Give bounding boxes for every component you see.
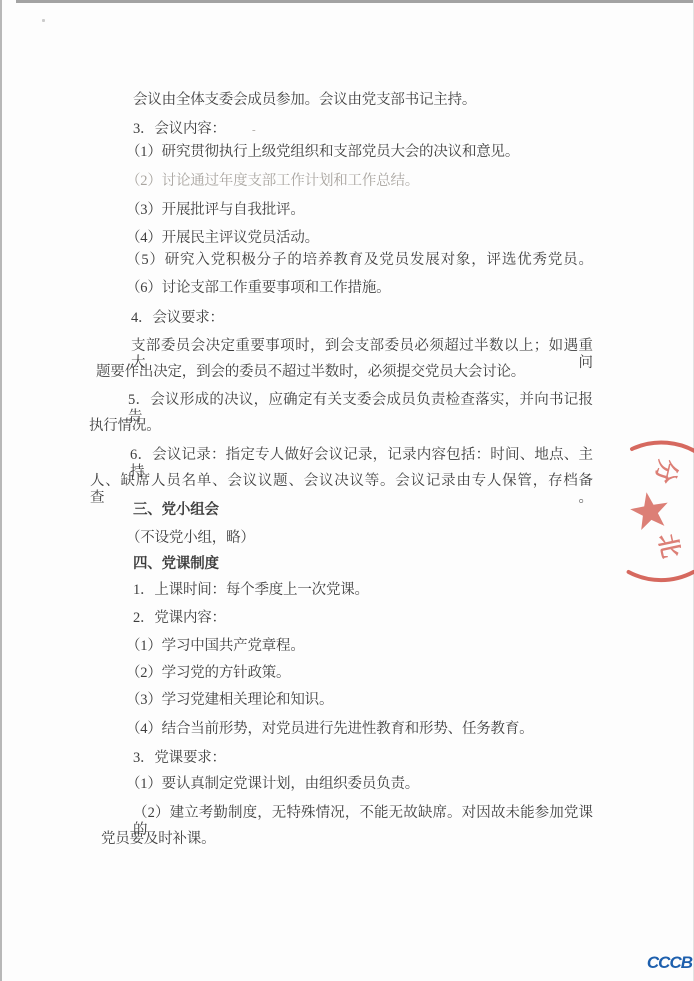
text-line: （4）结合当前形势，对党员进行先进性教育和形势、任务教育。 <box>126 721 533 738</box>
scan-top-edge <box>16 0 694 3</box>
seal-ring-character-bottom: 北 <box>653 531 684 560</box>
text-line: （1）研究贯彻执行上级党组织和支部党员大会的决议和意见。 <box>126 144 519 161</box>
text-line-faded: （2）讨论通过年度支部工作计划和工作总结。 <box>126 173 419 190</box>
text-line: （6）讨论支部工作重要事项和工作措施。 <box>126 280 390 297</box>
text-line: （4）开展民主评议党员活动。 <box>126 230 319 247</box>
text-line: 题要作出决定，到会的委员不超过半数时，必须提交党员大会讨论。 <box>96 364 525 381</box>
section-heading: 三、党小组会 <box>133 502 219 519</box>
section-heading: 四、党课制度 <box>133 556 219 573</box>
text-line: （2）学习党的方针政策。 <box>126 665 290 682</box>
scan-artifact-dash: - <box>252 124 256 137</box>
scanned-document-page: 会议由全体支委会成员参加。会议由党支部书记主持。 3．会议内容： - （1）研究… <box>0 0 694 981</box>
text-line: （1）要认真制定党课计划，由组织委员负责。 <box>126 776 419 793</box>
text-line: （1）学习中国共产党章程。 <box>126 638 305 655</box>
text-line: 3．会议内容： <box>133 121 226 138</box>
text-line: （3）学习党建相关理论和知识。 <box>126 692 333 709</box>
text-line: 4．会议要求： <box>131 310 224 327</box>
text-line: 2．党课内容： <box>133 610 226 627</box>
text-line: 1．上课时间：每个季度上一次党课。 <box>133 582 369 599</box>
seal-ring-arc-bottom <box>629 572 694 580</box>
scan-left-edge <box>0 0 2 981</box>
seal-ring-arc-top <box>632 442 694 455</box>
text-line: （5）研究入党积极分子的培养教育及党员发展对象，评选优秀党员。 <box>126 252 593 269</box>
text-line: 会议由全体支委会成员参加。会议由党支部书记主持。 <box>133 92 476 109</box>
cccb-logo: CCCB <box>647 953 692 973</box>
text-line: 5．会议形成的决议，应确定有关支委会成员负责检查落实，并向书记报告 <box>128 392 593 425</box>
official-seal-stamp: 分 北 <box>620 425 694 583</box>
seal-ring-character-top: 分 <box>650 456 683 486</box>
text-line: 党员要及时补课。 <box>101 831 215 848</box>
text-line: （不设党小组，略） <box>126 530 255 547</box>
text-line: （3）开展批评与自我批评。 <box>126 202 305 219</box>
scan-noise-dot <box>42 19 45 22</box>
text-line: 3．党课要求： <box>133 750 226 767</box>
text-line: 执行情况。 <box>89 418 161 435</box>
star-icon <box>630 492 668 530</box>
